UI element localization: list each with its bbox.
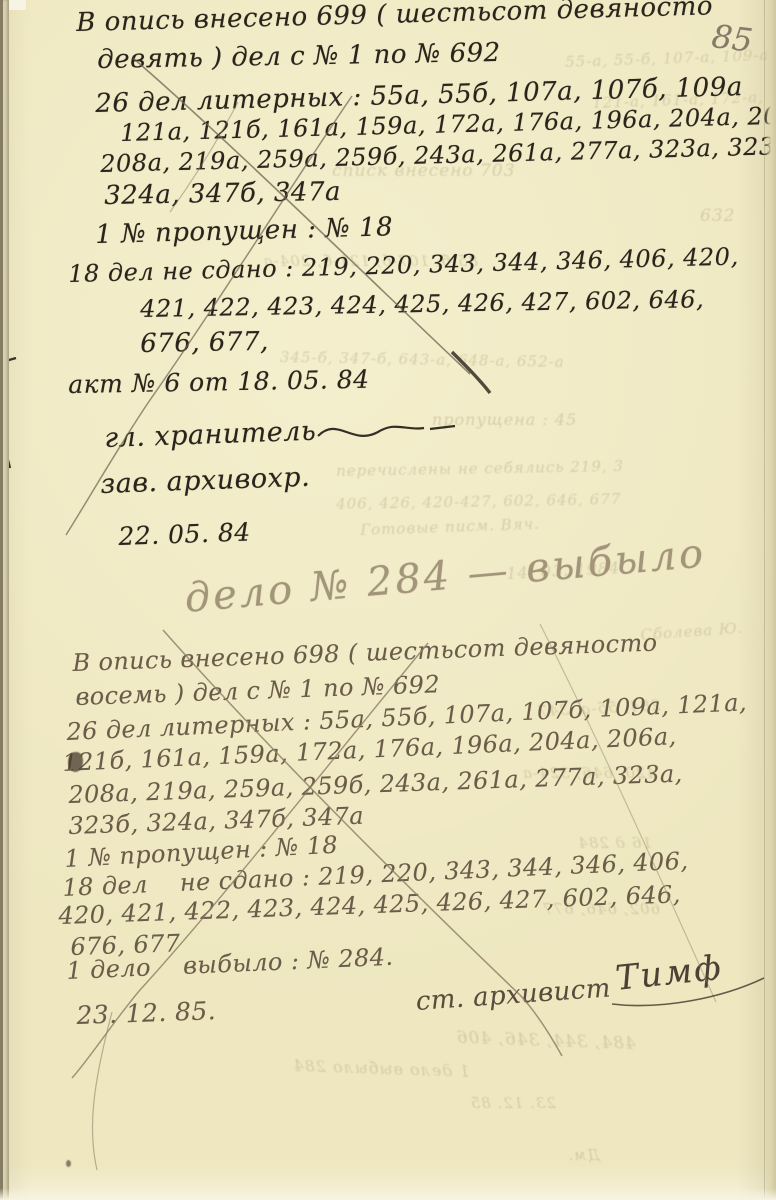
- page-edge-left-2: [3, 0, 9, 1200]
- bleedthrough-line: перечислены не себялись 219, 3: [336, 459, 624, 479]
- entry1985-signature: Тимф: [614, 951, 725, 998]
- entry1984-line1: В опись внесено 699 ( шестьсот девяносто: [76, 0, 713, 37]
- entry1985-role-senior: ст. архивист: [415, 975, 612, 1016]
- bleedthrough-line: 406, 426, 420-427, 602, 646, 677: [336, 492, 621, 512]
- bleedthrough-line: 23. 12. 85: [470, 1096, 556, 1111]
- entry1984-date: 22. 05. 84: [118, 519, 251, 550]
- dirt-speck: [66, 1160, 71, 1167]
- page-edge-bottom: [0, 1188, 776, 1200]
- bleedthrough-line: 1 дело выбыло 284: [292, 1058, 470, 1080]
- entry1984-line6: 324а, 347б, 347а: [104, 179, 341, 210]
- entry1984-act-line: акт № 6 от 18. 05. 84: [68, 367, 370, 399]
- bleedthrough-line: 484, 344, 346, 406: [455, 1030, 636, 1053]
- entry1984-line8: 18 дел не сдано : 219, 220, 343, 344, 34…: [68, 244, 739, 287]
- bleedthrough-line: пропущена : 45: [432, 412, 577, 428]
- strike-line-4b: [92, 1012, 112, 1170]
- entry1985-date: 23. 12. 85.: [76, 998, 216, 1029]
- bleedthrough-line: Готовые писм. Вяч.: [360, 517, 540, 538]
- page-edge-right-line: [764, 0, 765, 1200]
- entry1984-line2: девять ) дел с № 1 по № 692: [97, 40, 501, 74]
- entry1984-role-archivist: зав. архивохр.: [100, 464, 311, 500]
- page-edge-right: [764, 0, 776, 1200]
- entry1984-line7: 1 № пропущен : № 18: [95, 214, 393, 249]
- bleedthrough-line: 632: [700, 208, 735, 225]
- folio-number: 85: [710, 20, 755, 58]
- entry1985-line1: В опись внесено 698 ( шестьсот девяносто: [72, 631, 658, 677]
- entry1984-line10: 676, 677,: [140, 329, 269, 359]
- bleedthrough-line: Дм.: [568, 1148, 600, 1163]
- entry1984-line9: 421, 422, 423, 424, 425, 426, 427, 602, …: [140, 287, 704, 322]
- scanned-archive-page: 55-а, 55-б, 107-а, 109-а 121-а, 161-а, 1…: [0, 0, 776, 1200]
- pencil-note: дело № 284 — выбыло: [183, 532, 708, 619]
- entry1984-role-keeper: гл. хранитель: [104, 418, 317, 454]
- strike-line-5: [540, 624, 716, 1002]
